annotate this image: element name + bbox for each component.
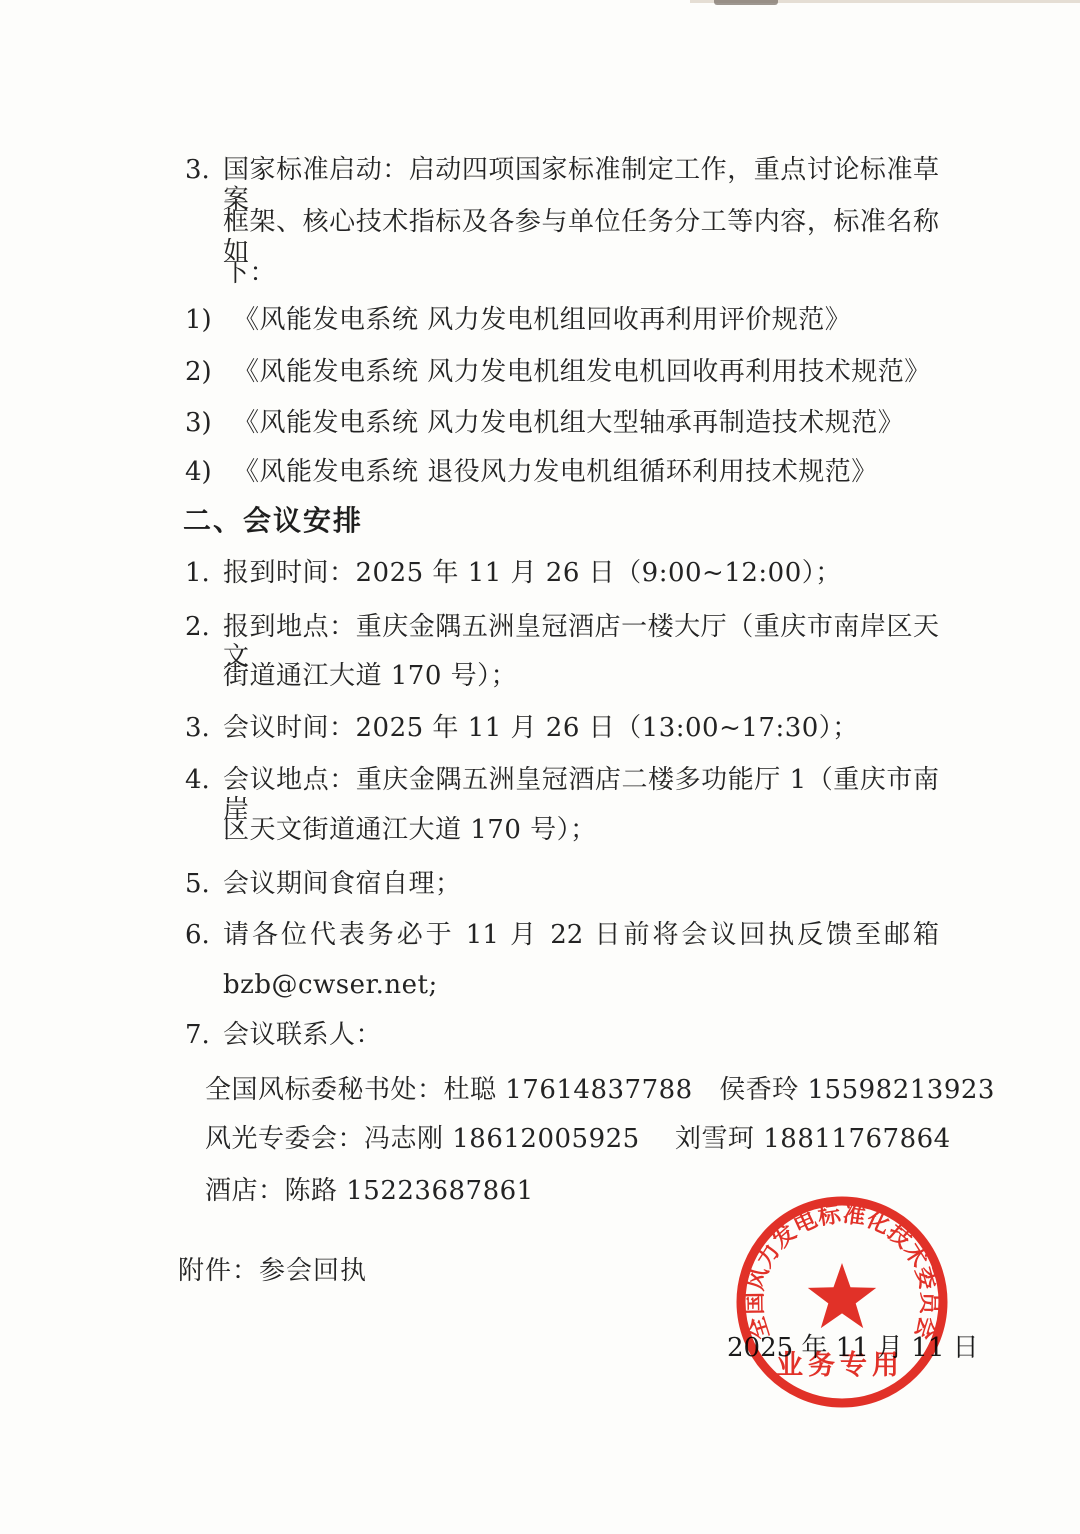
attachment-note: 附件：参会回执 [178,1256,367,1286]
list-marker: 6. [185,920,223,950]
list-marker: 7. [185,1020,223,1050]
document-date: 2025 年 11 月 11 日 [727,1333,979,1363]
item3-text-line3: 下： [223,258,276,288]
standard-title: 《风能发电系统 风力发电机组大型轴承再制造技术规范》 [233,408,904,438]
arrangement-item-5: 5. 会议期间食宿自理； [185,869,462,899]
standard-title: 《风能发电系统 退役风力发电机组循环利用技术规范》 [233,457,878,487]
item-text: 报到时间：2025 年 11 月 26 日（9:00~12:00）； [223,558,842,588]
standard-item-2: 2) 《风能发电系统 风力发电机组发电机回收再利用技术规范》 [185,357,931,387]
seal-ring-text: 全国风力发电标准化技术委员会 [742,1200,942,1343]
list-marker: 3. [185,155,223,185]
arrangement-item-7: 7. 会议联系人： [185,1020,382,1050]
list-marker: 1. [185,558,223,588]
item3-text-line1: 国家标准启动：启动四项国家标准制定工作，重点讨论标准草案 [223,155,939,215]
list-marker: 3. [185,713,223,743]
item-text: 会议联系人： [223,1020,382,1050]
scan-artifact-mark [714,0,778,5]
arrangement-item-4-cont: 区天文街道通江大道 170 号）； [223,815,597,845]
list-marker: 1) [185,305,233,335]
standard-title: 《风能发电系统 风力发电机组发电机回收再利用技术规范》 [233,357,931,387]
list-marker: 2. [185,612,223,642]
item-text: 会议时间：2025 年 11 月 26 日（13:00~17:30）； [223,713,859,743]
seal-ring-text-wrap: 全国风力发电标准化技术委员会 [742,1200,942,1343]
arrangement-item-3: 3. 会议时间：2025 年 11 月 26 日（13:00~17:30）； [185,713,859,743]
arrangement-item-6-email: bzb@cwser.net; [223,970,438,1000]
arrangement-item-2-cont: 街道通江大道 170 号）； [223,661,517,691]
official-seal: 全国风力发电标准化技术委员会 业务专用 [722,1182,962,1422]
item-text: 会议期间食宿自理； [223,869,462,899]
standard-title: 《风能发电系统 风力发电机组回收再利用评价规范》 [233,305,851,335]
standard-item-4: 4) 《风能发电系统 退役风力发电机组循环利用技术规范》 [185,457,878,487]
list-marker: 4. [185,765,223,795]
list-marker: 2) [185,357,233,387]
list-marker: 4) [185,457,233,487]
seal-ring [741,1201,943,1403]
section-heading: 二、会议安排 [183,505,363,537]
standard-item-1: 1) 《风能发电系统 风力发电机组回收再利用评价规范》 [185,305,851,335]
contact-line-committee: 风光专委会：冯志刚 18612005925 刘雪珂 18811767864 [205,1124,951,1154]
arrangement-item-1: 1. 报到时间：2025 年 11 月 26 日（9:00~12:00）； [185,558,842,588]
list-marker: 3) [185,408,233,438]
seal-star-icon [808,1263,876,1328]
item3-text-line2: 框架、核心技术指标及各参与单位任务分工等内容，标准名称如 [223,207,939,267]
contact-line-secretariat: 全国风标委秘书处：杜聪 17614837788 侯香玲 15598213923 [205,1075,995,1105]
document-page: 3. 国家标准启动：启动四项国家标准制定工作，重点讨论标准草案 框架、核心技术指… [0,0,1080,1534]
contact-line-hotel: 酒店：陈路 15223687861 [205,1176,534,1206]
arrangement-item-6: 6. 请各位代表务必于 11 月 22 日前将会议回执反馈至邮箱 [185,920,939,950]
item3-line1: 3. 国家标准启动：启动四项国家标准制定工作，重点讨论标准草案 [185,155,939,215]
standard-item-3: 3) 《风能发电系统 风力发电机组大型轴承再制造技术规范》 [185,408,904,438]
item-text: 请各位代表务必于 11 月 22 日前将会议回执反馈至邮箱 [223,920,939,950]
list-marker: 5. [185,869,223,899]
